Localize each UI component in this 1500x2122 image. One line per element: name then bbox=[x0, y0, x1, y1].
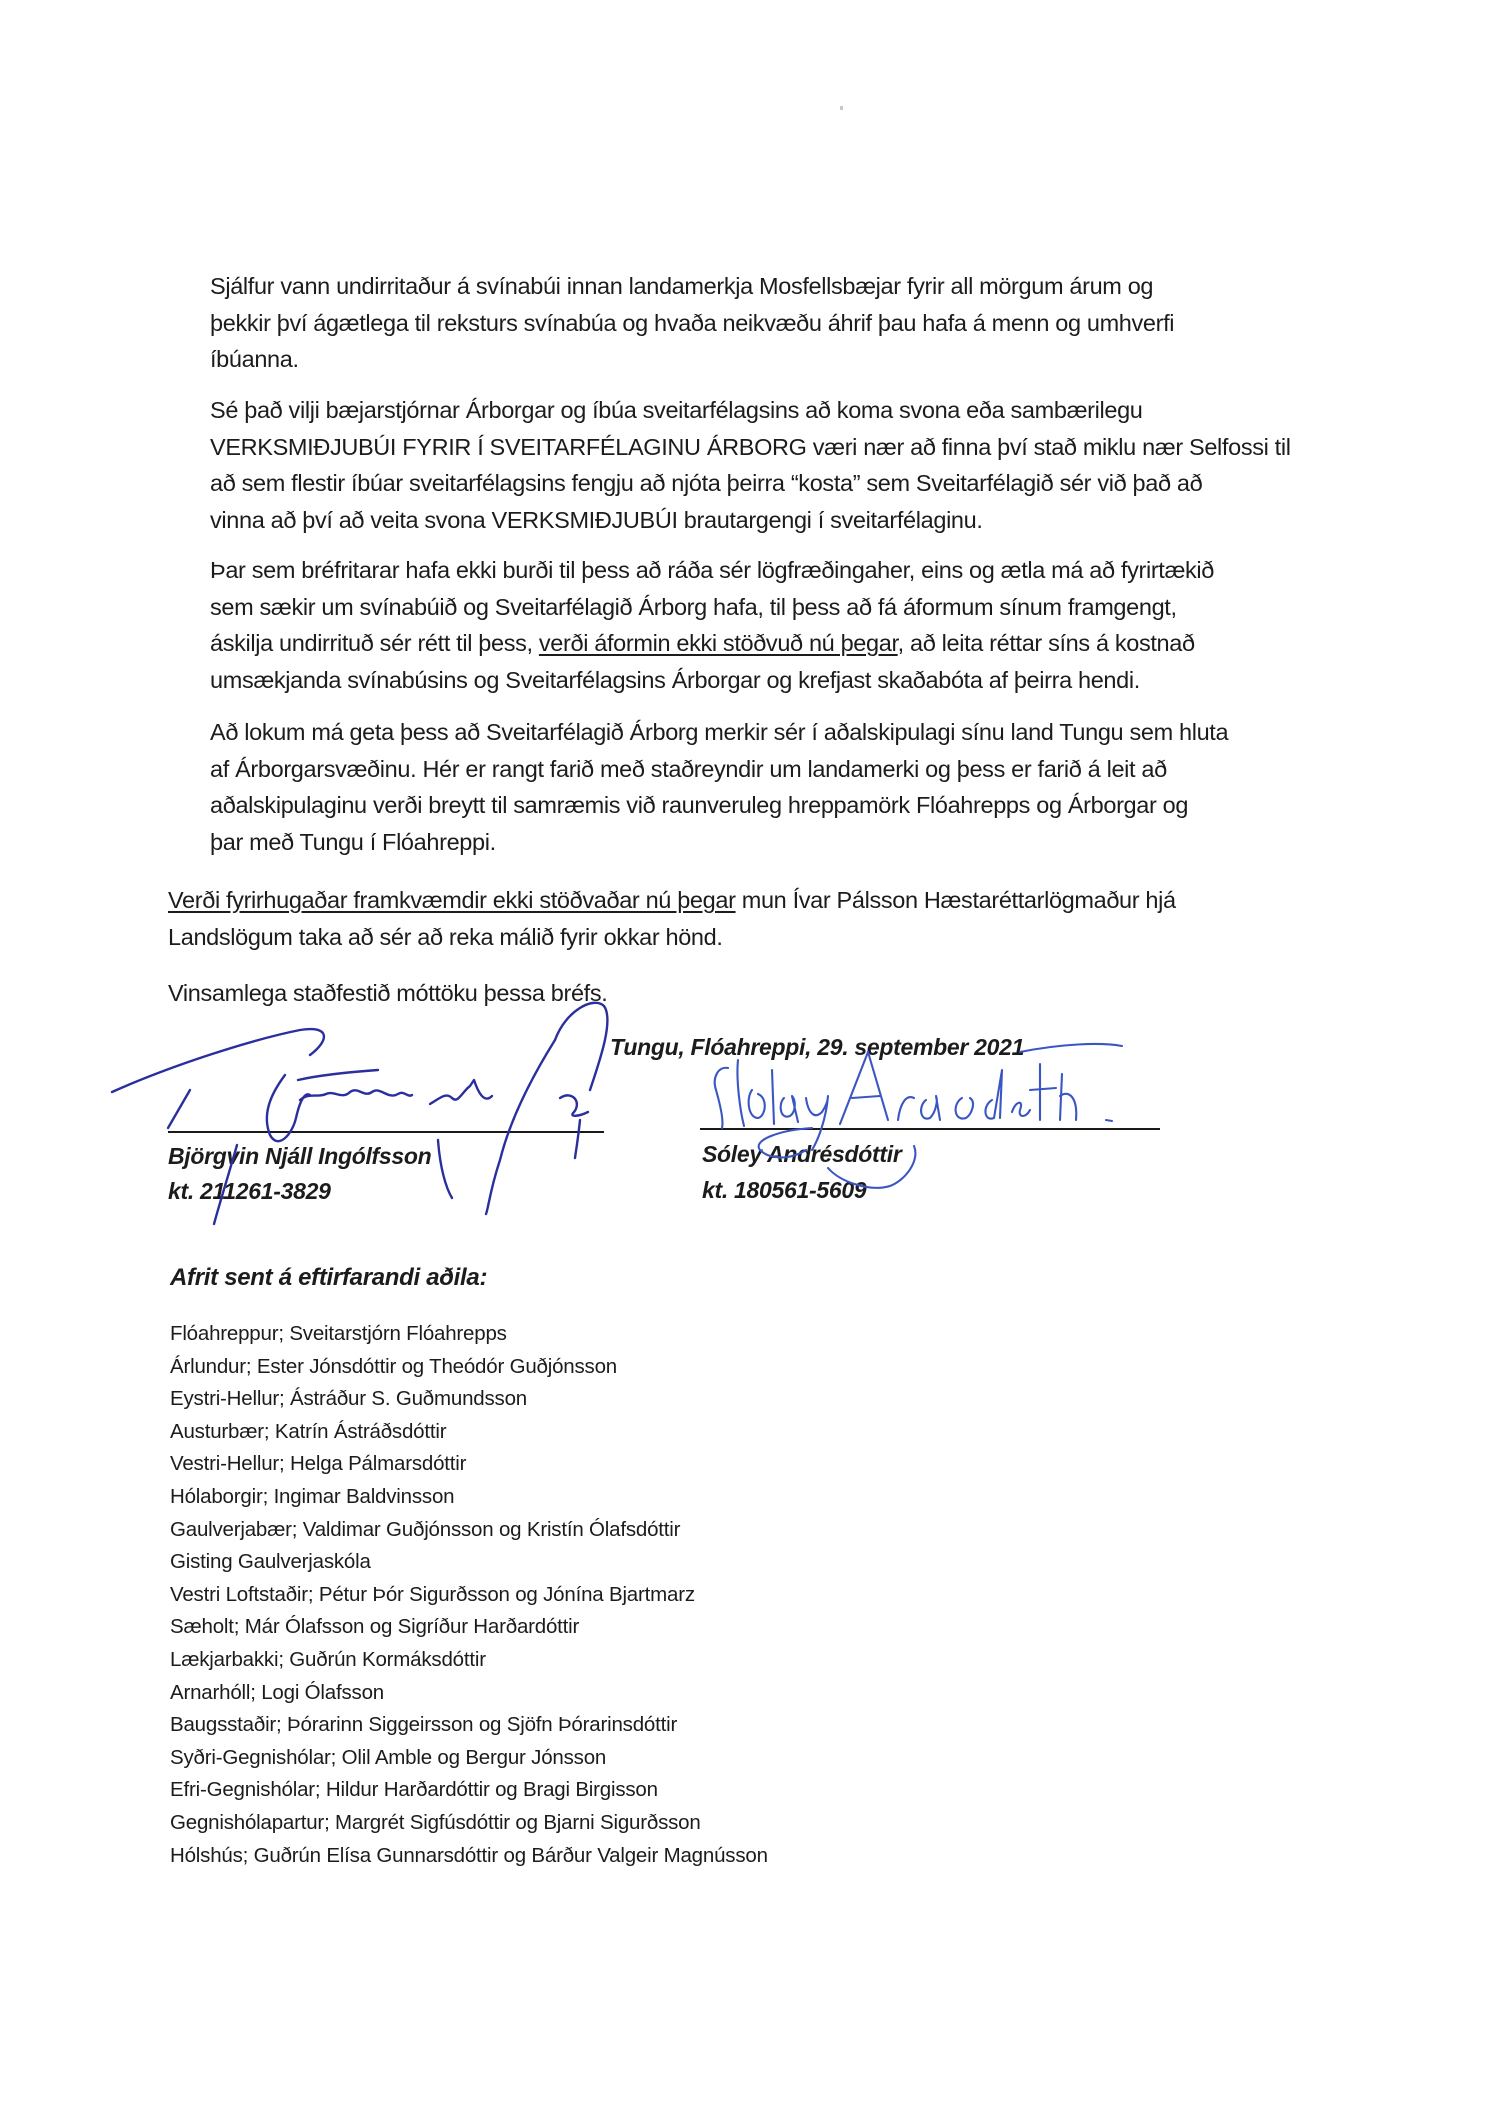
underlined-phrase: verði áformin ekki stöðvuð nú þegar bbox=[539, 630, 898, 656]
paragraph-line: Þar sem bréfritarar hafa ekki burði til … bbox=[210, 552, 1330, 589]
recipient-item: Gisting Gaulverjaskóla bbox=[170, 1546, 768, 1579]
recipient-item: Austurbær; Katrín Ástráðsdóttir bbox=[170, 1416, 768, 1449]
recipient-item: Arnarhóll; Logi Ólafsson bbox=[170, 1677, 768, 1710]
paragraph-line: að sem flestir íbúar sveitarfélagsins fe… bbox=[210, 465, 1330, 502]
paragraph-line: Landslögum taka að sér að reka málið fyr… bbox=[168, 919, 1318, 956]
paragraph-3: Þar sem bréfritarar hafa ekki burði til … bbox=[210, 552, 1330, 698]
place-date: Tungu, Flóahreppi, 29. september 2021 bbox=[610, 1034, 1024, 1061]
recipient-item: Efri-Gegnishólar; Hildur Harðardóttir og… bbox=[170, 1774, 768, 1807]
recipient-item: Flóahreppur; Sveitarstjórn Flóahrepps bbox=[170, 1318, 768, 1351]
closing-line: Vinsamlega staðfestið móttöku þessa bréf… bbox=[168, 980, 607, 1007]
recipient-item: Árlundur; Ester Jónsdóttir og Theódór Gu… bbox=[170, 1351, 768, 1384]
signature-line-2 bbox=[700, 1128, 1160, 1130]
paragraph-line: Sé það vilji bæjarstjórnar Árborgar og í… bbox=[210, 392, 1330, 429]
signatory-name-2: Sóley Andrésdóttir bbox=[702, 1141, 902, 1168]
recipient-item: Baugsstaðir; Þórarinn Siggeirsson og Sjö… bbox=[170, 1709, 768, 1742]
recipient-item: Vestri-Hellur; Helga Pálmarsdóttir bbox=[170, 1448, 768, 1481]
paragraph-line: þekkir því ágætlega til reksturs svínabú… bbox=[210, 305, 1330, 342]
signatory-name-1: Björgvin Njáll Ingólfsson bbox=[168, 1143, 431, 1170]
signatory-id-2: kt. 180561-5609 bbox=[702, 1177, 866, 1204]
paragraph-line: sem sækir um svínabúið og Sveitarfélagið… bbox=[210, 589, 1330, 626]
paragraph-line: Verði fyrirhugaðar framkvæmdir ekki stöð… bbox=[168, 882, 1318, 919]
paragraph-4: Að lokum má geta þess að Sveitarfélagið … bbox=[210, 714, 1330, 860]
signature-line-1 bbox=[168, 1131, 604, 1133]
text-run: mun Ívar Pálsson Hæstaréttarlögmaður hjá bbox=[736, 887, 1176, 913]
legal-notice: Verði fyrirhugaðar framkvæmdir ekki stöð… bbox=[168, 882, 1318, 955]
underlined-phrase: Verði fyrirhugaðar framkvæmdir ekki stöð… bbox=[168, 887, 736, 913]
text-run: áskilja undirrituð sér rétt til þess, bbox=[210, 630, 539, 656]
text-run: , að leita réttar síns á kostnað bbox=[898, 630, 1195, 656]
paragraph-line: Sjálfur vann undirritaður á svínabúi inn… bbox=[210, 268, 1330, 305]
paragraph-line: af Árborgarsvæðinu. Hér er rangt farið m… bbox=[210, 751, 1330, 788]
paragraph-1: Sjálfur vann undirritaður á svínabúi inn… bbox=[210, 268, 1330, 378]
paragraph-line: áskilja undirrituð sér rétt til þess, ve… bbox=[210, 625, 1330, 662]
copies-heading: Afrit sent á eftirfarandi aðila: bbox=[170, 1264, 487, 1292]
paragraph-line: aðalskipulaginu verði breytt til samræmi… bbox=[210, 787, 1330, 824]
paragraph-line: umsækjanda svínabúsins og Sveitarfélagsi… bbox=[210, 662, 1330, 699]
paragraph-line: VERKSMIÐJUBÚI FYRIR Í SVEITARFÉLAGINU ÁR… bbox=[210, 429, 1330, 466]
recipient-item: Lækjarbakki; Guðrún Kormáksdóttir bbox=[170, 1644, 768, 1677]
paragraph-line: Að lokum má geta þess að Sveitarfélagið … bbox=[210, 714, 1330, 751]
signatory-id-1: kt. 211261-3829 bbox=[168, 1178, 331, 1205]
recipient-item: Hólshús; Guðrún Elísa Gunnarsdóttir og B… bbox=[170, 1840, 768, 1873]
letter-page: Sjálfur vann undirritaður á svínabúi inn… bbox=[0, 0, 1500, 2122]
recipient-item: Syðri-Gegnishólar; Olil Amble og Bergur … bbox=[170, 1742, 768, 1775]
recipient-item: Gaulverjabær; Valdimar Guðjónsson og Kri… bbox=[170, 1514, 768, 1547]
paragraph-line: íbúanna. bbox=[210, 341, 1330, 378]
recipient-item: Gegnishólapartur; Margrét Sigfúsdóttir o… bbox=[170, 1807, 768, 1840]
recipient-item: Eystri-Hellur; Ástráður S. Guðmundsson bbox=[170, 1383, 768, 1416]
paragraph-line: vinna að því að veita svona VERKSMIÐJUBÚ… bbox=[210, 502, 1330, 539]
paragraph-2: Sé það vilji bæjarstjórnar Árborgar og í… bbox=[210, 392, 1330, 538]
scan-speck bbox=[840, 106, 843, 110]
paragraph-line: þar með Tungu í Flóahreppi. bbox=[210, 824, 1330, 861]
recipient-item: Hólaborgir; Ingimar Baldvinsson bbox=[170, 1481, 768, 1514]
recipient-item: Vestri Loftstaðir; Pétur Þór Sigurðsson … bbox=[170, 1579, 768, 1612]
recipient-item: Sæholt; Már Ólafsson og Sigríður Harðard… bbox=[170, 1611, 768, 1644]
recipient-list: Flóahreppur; Sveitarstjórn FlóahreppsÁrl… bbox=[170, 1318, 768, 1872]
